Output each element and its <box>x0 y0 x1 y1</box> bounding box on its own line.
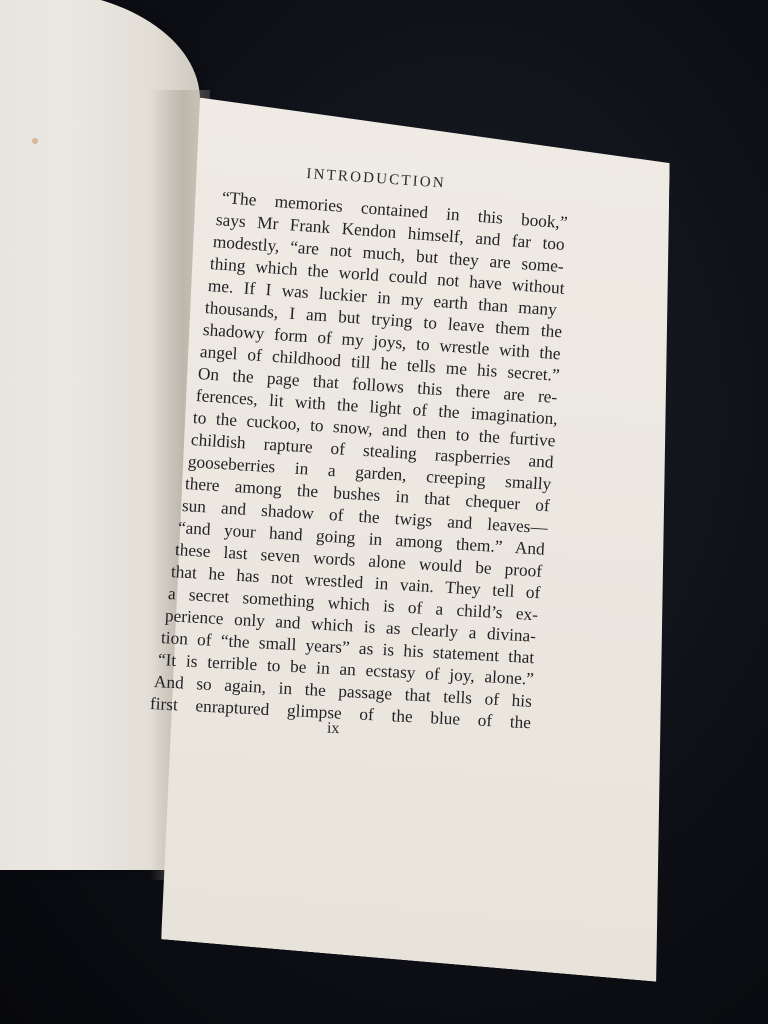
page-number: ix <box>327 720 340 738</box>
page-text: INTRODUCTION “The memories contained in … <box>0 0 768 1024</box>
chapter-heading: INTRODUCTION <box>306 166 447 193</box>
